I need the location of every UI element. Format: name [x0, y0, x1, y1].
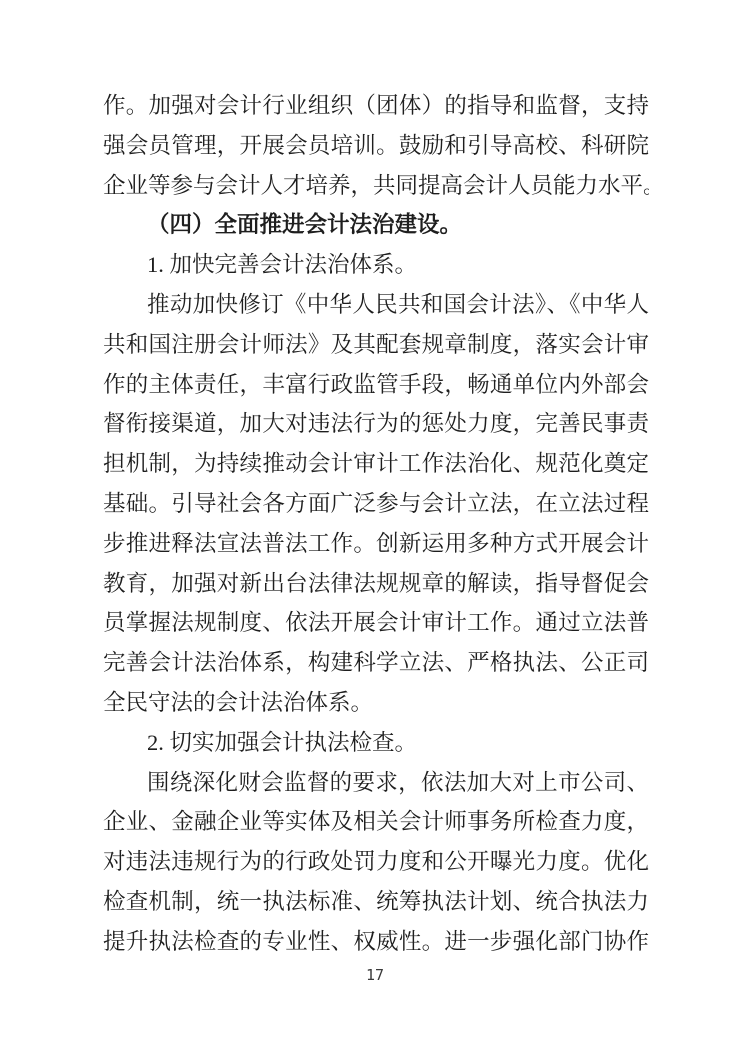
text-line: 企业等参与会计人才培养，共同提高会计人员能力水平。: [103, 166, 649, 206]
text-line: 担机制，为持续推动会计审计工作法治化、规范化奠定制度: [103, 444, 649, 484]
text-line: 企业、金融企业等实体及相关会计师事务所检查力度，加大: [103, 802, 649, 842]
text-line: 检查机制，统一执法标准、统筹执法计划、统合执法力量，: [103, 882, 649, 922]
text-line: 推动加快修订《中华人民共和国会计法》、《中华人民: [103, 285, 649, 325]
text-line: 全民守法的会计法治体系。: [103, 683, 649, 723]
text-line: 强会员管理，开展会员培训。鼓励和引导高校、科研院所、: [103, 126, 649, 166]
document-page: 作。加强对会计行业组织（团体）的指导和监督，支持其加强会员管理，开展会员培训。鼓…: [0, 0, 750, 1060]
text-line: 完善会计法治体系，构建科学立法、严格执法、公正司法、: [103, 643, 649, 683]
text-line: 基础。引导社会各方面广泛参与会计立法，在立法过程中同: [103, 484, 649, 524]
text-line: （四）全面推进会计法治建设。: [103, 205, 649, 245]
text-line: 督衔接渠道，加大对违法行为的惩处力度，完善民事责任承: [103, 404, 649, 444]
page-number: 17: [0, 964, 750, 986]
text-line: 作的主体责任，丰富行政监管手段，畅通单位内外部会计监: [103, 365, 649, 405]
document-body: 作。加强对会计行业组织（团体）的指导和监督，支持其加强会员管理，开展会员培训。鼓…: [103, 86, 649, 962]
text-line: 步推进释法宣法普法工作。创新运用多种方式开展会计普法: [103, 524, 649, 564]
text-line: 围绕深化财会监督的要求，依法加大对上市公司、国有: [103, 763, 649, 803]
text-line: 对违法违规行为的行政处罚力度和公开曝光力度。优化执法: [103, 842, 649, 882]
text-line: 2. 切实加强会计执法检查。: [103, 723, 649, 763]
text-line: 提升执法检查的专业性、权威性。进一步强化部门协作机制，: [103, 922, 649, 962]
text-line: 教育，加强对新出台法律法规规章的解读，指导督促会计人: [103, 564, 649, 604]
text-line: 员掌握法规制度、依法开展会计审计工作。通过立法普法，: [103, 603, 649, 643]
text-line: 作。加强对会计行业组织（团体）的指导和监督，支持其加: [103, 86, 649, 126]
text-line: 共和国注册会计师法》及其配套规章制度，落实会计审计工: [103, 325, 649, 365]
text-line: 1. 加快完善会计法治体系。: [103, 245, 649, 285]
